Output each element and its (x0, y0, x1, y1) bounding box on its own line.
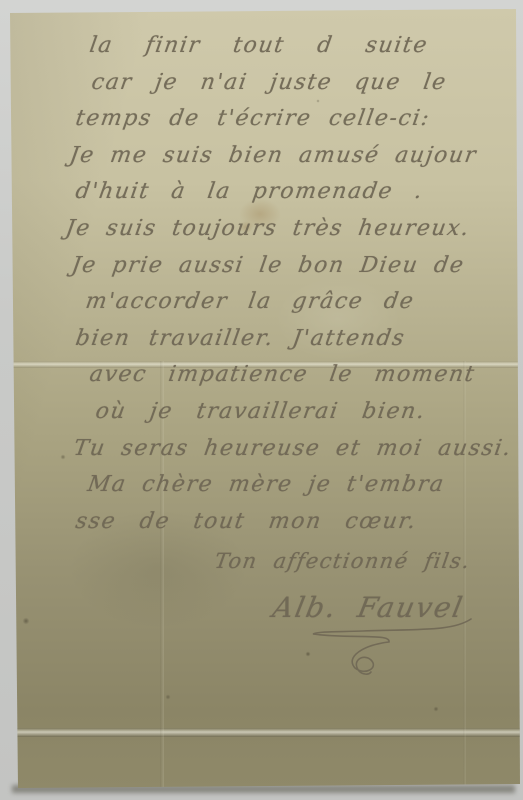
letter-body: la finir tout d suite car je n'ai juste … (58, 33, 514, 545)
letter-line: sse de tout mon cœur. (72, 509, 520, 546)
letter-line: Je me suis bien amusé aujour (66, 143, 520, 180)
letter-line: la finir tout d suite (86, 33, 520, 70)
letter-line: avec impatience le moment (86, 362, 520, 399)
photo-background: la finir tout d suite car je n'ai juste … (0, 0, 523, 800)
letter-line: car je n'ai juste que le (88, 70, 520, 107)
letter-line: Tu seras heureuse et moi aussi. (70, 436, 520, 473)
letter-page: la finir tout d suite car je n'ai juste … (8, 9, 520, 789)
letter-closing: Ton affectionné fils. (213, 549, 472, 573)
letter-line: où je travaillerai bien. (92, 399, 520, 436)
letter-line: Je prie aussi le bon Dieu de (68, 253, 520, 290)
signature-flourish (303, 615, 478, 677)
letter-line: temps de t'écrire celle-ci: (72, 106, 520, 143)
letter-line: m'accorder la grâce de (82, 289, 520, 326)
fold-crease-horizontal-lower (8, 728, 520, 737)
letter-line: Ma chère mère je t'embra (84, 472, 520, 509)
letter-line: bien travailler. J'attends (72, 326, 520, 363)
letter-line: Je suis toujours très heureux. (62, 216, 520, 253)
letter-line: d'huit à la promenade . (72, 179, 520, 216)
